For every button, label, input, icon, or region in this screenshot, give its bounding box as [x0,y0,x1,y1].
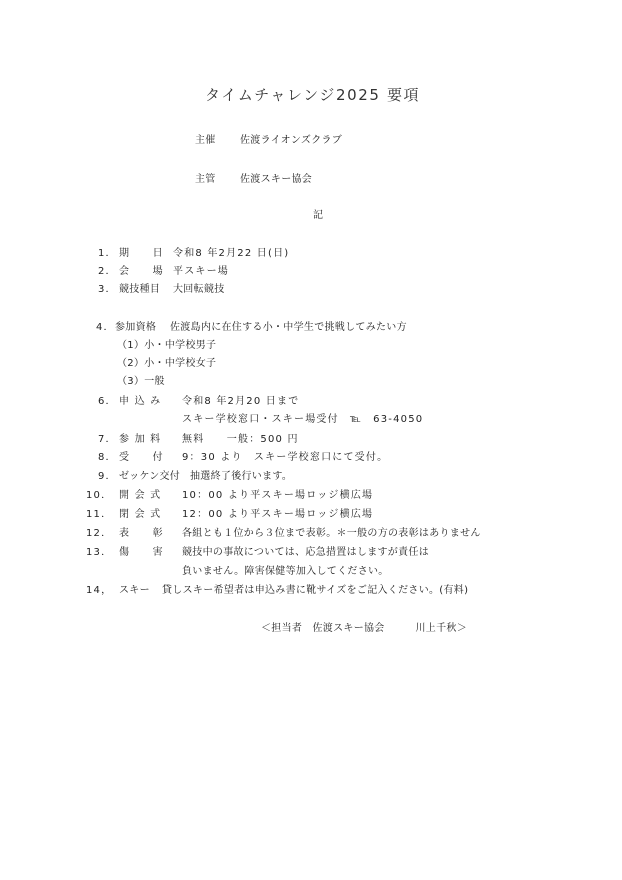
item-num: 1． [98,247,117,260]
organizer-role-host: 主催 [195,134,216,147]
item-value-application-contact: スキー学校窓口・スキー場受付 ℡ 63-4050 [182,413,423,426]
item-label-date: 期 日 [119,247,164,260]
item-label-injury: 傷 害 [119,546,164,559]
item-num: 14， [86,584,112,597]
item-label-eligibility: 参加資格 [115,321,156,334]
item-label-fee: 参 加 料 [119,433,161,446]
item-value-event: 大回転競技 [173,283,225,296]
item-num: 11． [86,508,112,521]
item-label-awards: 表 彰 [119,527,164,540]
item-num: 9． [98,470,117,483]
organizer-name-host: 佐渡ライオンズクラブ [240,134,342,147]
category-item: （2）小・中学校女子 [117,357,216,370]
item-value-eligibility: 佐渡島内に在住する小・中学生で挑戦してみたい方 [170,321,407,334]
item-num: 4． [96,321,115,334]
item-value-injury: 競技中の事故については、応急措置はしますが責任は [182,546,429,559]
item-num: 7． [98,433,117,446]
item-num: 3． [98,283,117,296]
item-label-reception: 受 付 [119,451,164,464]
item-label-ski: スキー [119,584,150,597]
item-value-reception: 9：30 より スキー学校窓口にて受付。 [182,451,388,464]
item-num: 6． [98,395,117,408]
item-value-opening: 10：00 より平スキー場ロッジ横広場 [182,489,373,502]
item-value-venue: 平スキー場 [173,265,229,278]
item-label-opening: 開 会 式 [119,489,161,502]
contact-person: ＜担当者 佐渡スキー協会 川上千秋＞ [261,622,467,635]
item-value-injury-cont: 負いません。障害保健等加入してください。 [182,565,389,578]
item-num: 8． [98,451,117,464]
item-label-event: 競技種目 [119,283,160,296]
category-item: （1）小・中学校男子 [117,339,216,352]
item-label-venue: 会 場 [119,265,164,278]
ki-heading: 記 [313,209,323,222]
category-item: （3）一般 [117,375,165,388]
item-label-bib: ゼッケン交付 [119,470,180,483]
item-value-application: 令和8 年2月20 日まで [182,395,299,408]
item-value-awards: 各組とも１位から３位まで表彰。＊一般の方の表彰はありません [182,527,481,540]
item-value-ski: 貸しスキー希望者は申込み書に靴サイズをご記入ください。(有料) [162,584,468,597]
item-value-fee: 無料 一般：500 円 [182,433,299,446]
item-value-bib: 抽選終了後行います。 [190,470,292,483]
item-num: 2． [98,265,117,278]
organizer-role-manager: 主管 [195,173,216,186]
organizer-name-manager: 佐渡スキー協会 [240,173,312,186]
document-page: タイムチャレンジ2025 要項 主催 佐渡ライオンズクラブ 主管 佐渡スキー協会… [0,0,622,880]
item-label-closing: 閉 会 式 [119,508,161,521]
item-label-application: 申 込 み [119,395,161,408]
item-num: 10． [86,489,112,502]
item-num: 12． [86,527,112,540]
item-num: 13． [86,546,112,559]
document-title: タイムチャレンジ2025 要項 [205,86,420,104]
item-value-date: 令和8 年2月22 日(日) [173,247,289,260]
item-value-closing: 12：00 より平スキー場ロッジ横広場 [182,508,373,521]
